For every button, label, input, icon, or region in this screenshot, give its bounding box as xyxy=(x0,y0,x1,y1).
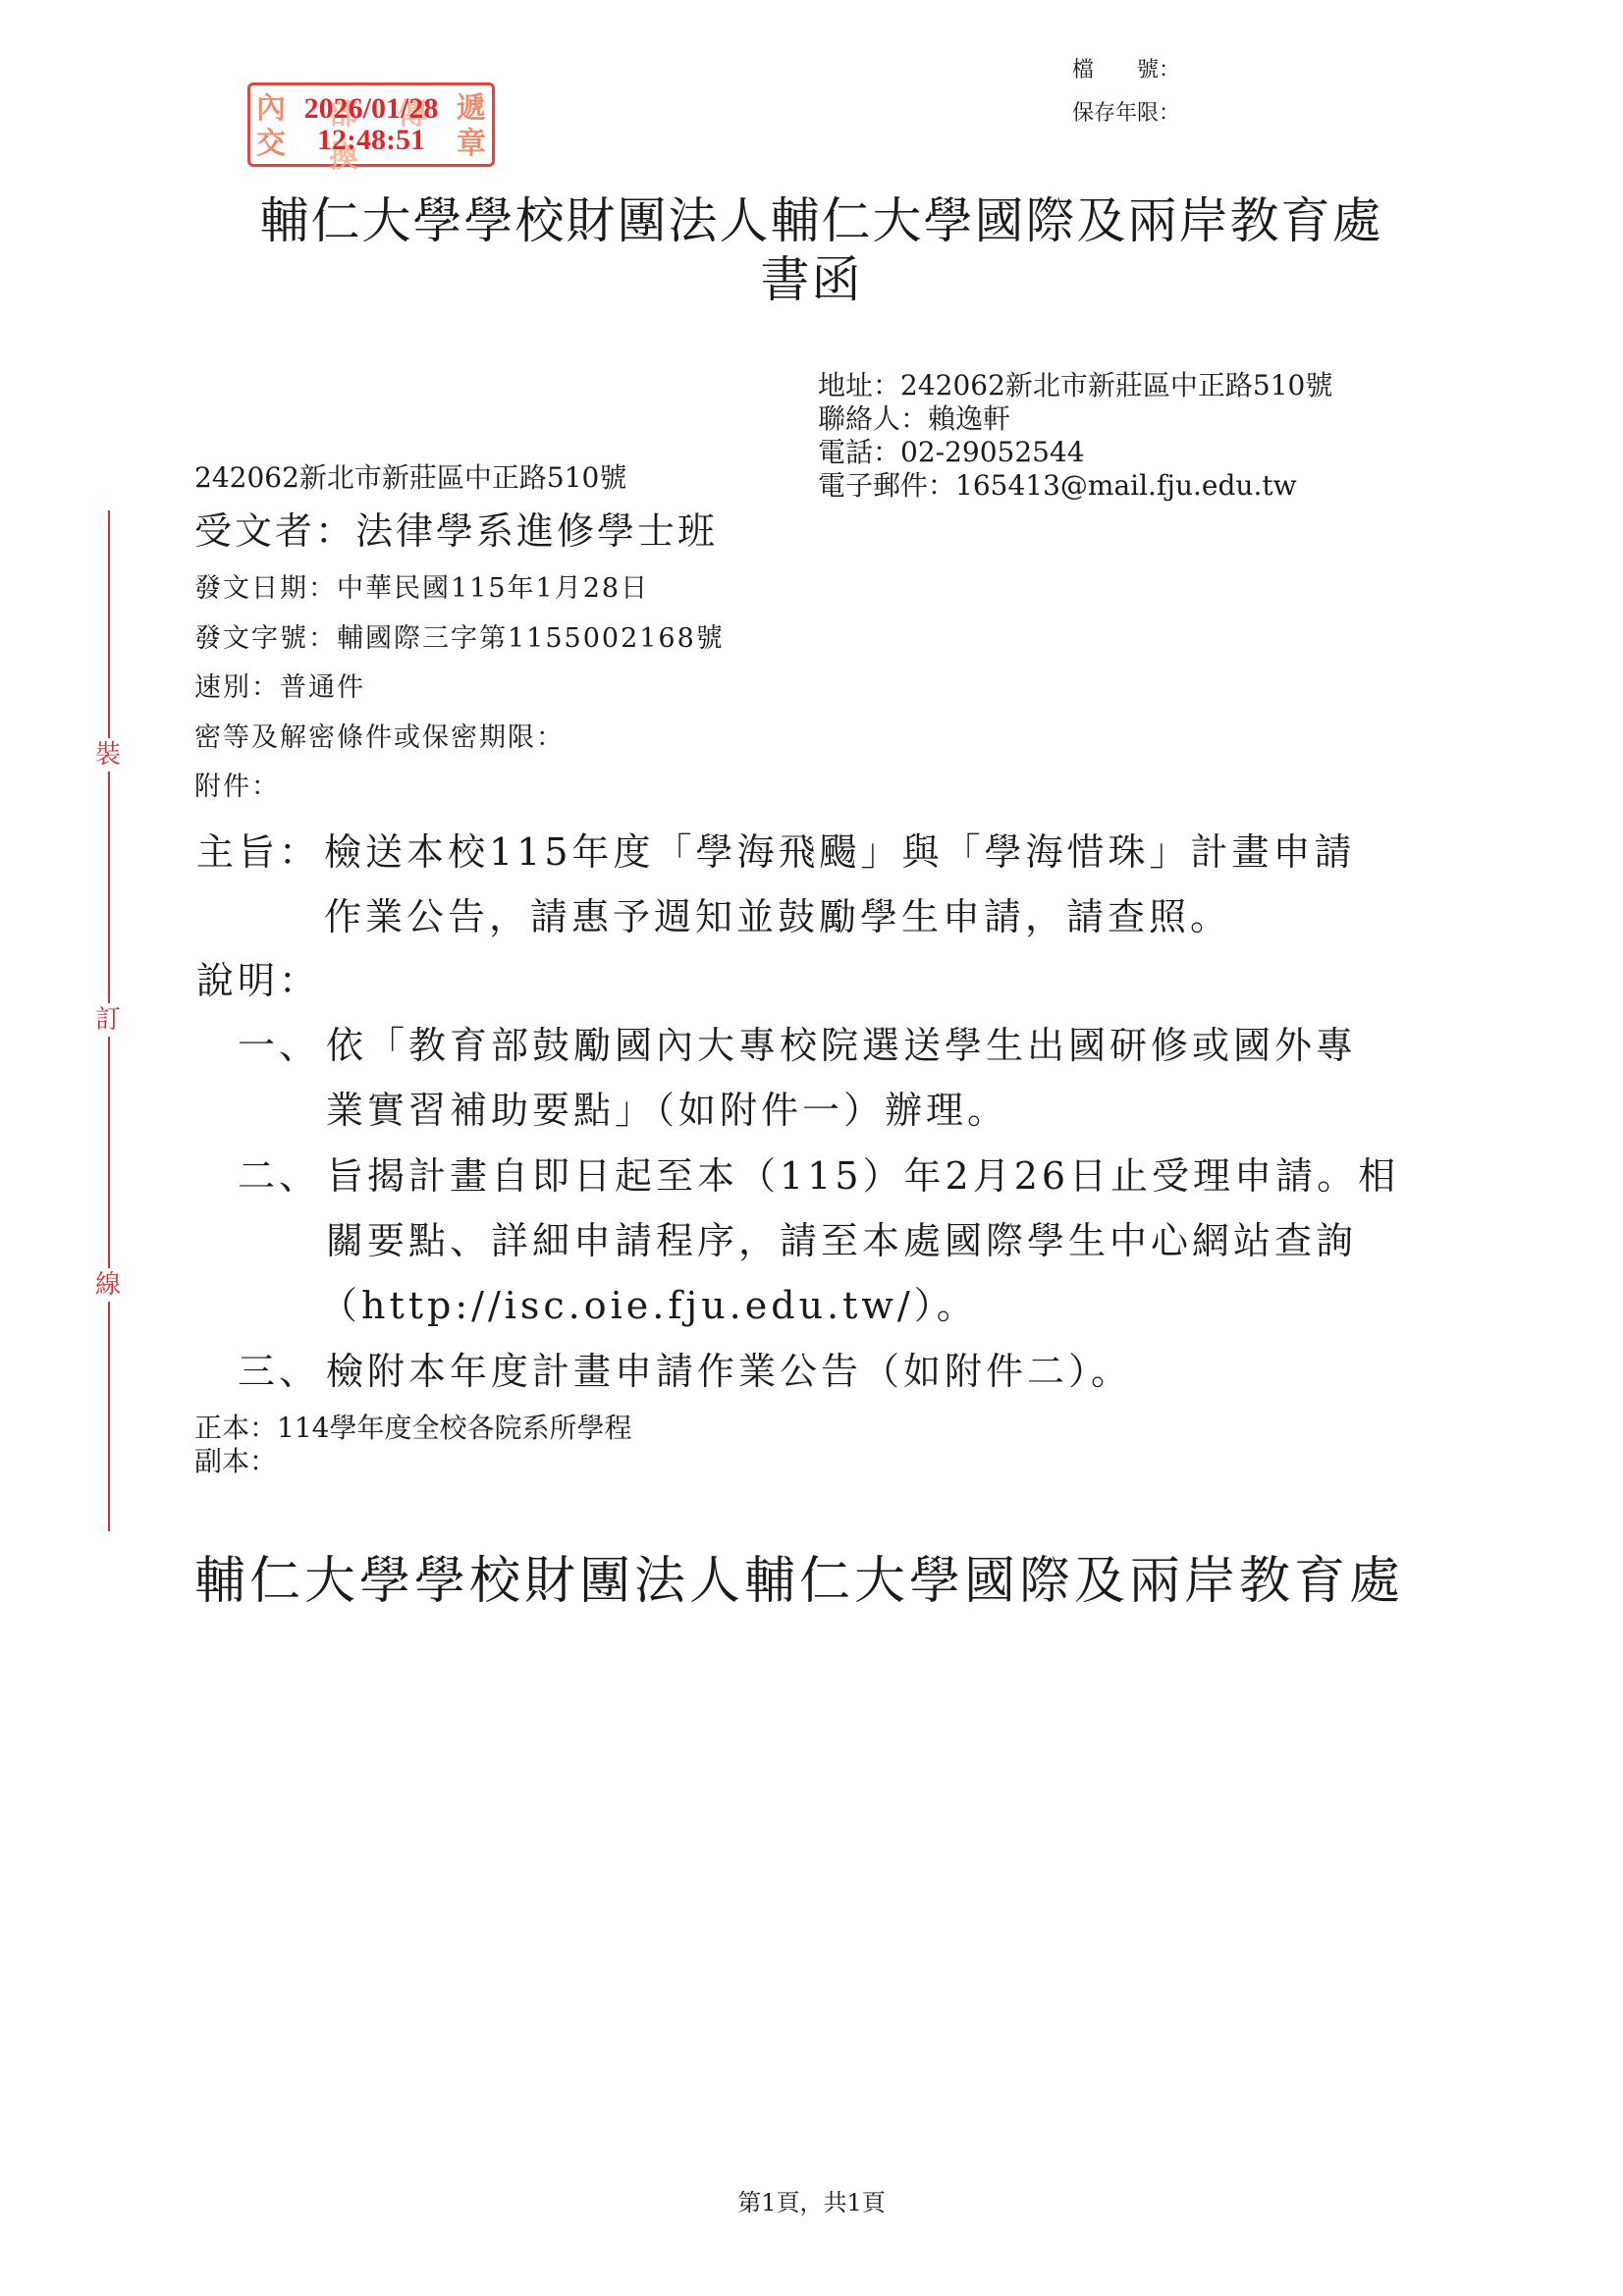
explanation-item-number: 二、 xyxy=(238,1146,320,1200)
explanation-item-line: 依「教育部鼓勵國內大專校院選送學生出國研修或國外專 xyxy=(326,1015,1357,1069)
sender-address: 地址：242062新北市新莊區中正路510號 xyxy=(818,369,1332,402)
recipient-address: 242062新北市新莊區中正路510號 xyxy=(194,456,626,496)
explanation-label: 說明： xyxy=(196,950,320,1004)
issuer-signature: 輔仁大學學校財團法人輔仁大學國際及兩岸教育處 xyxy=(194,1549,1441,1614)
explanation-item-line: 旨揭計畫自即日起至本（115）年2月26日止受理申請。相 xyxy=(326,1146,1399,1200)
stamp-date: 2026/01/28 xyxy=(250,93,492,125)
explanation-item-line: 檢附本年度計畫申請作業公告（如附件二）。 xyxy=(326,1341,1132,1395)
contact-phone: 電話：02-29052544 xyxy=(818,436,1332,469)
copy-recipients: 副本： xyxy=(194,1445,631,1478)
subject-line: 作業公告，請惠予週知並鼓勵學生申請，請查照。 xyxy=(324,886,1231,940)
contact-person: 聯絡人：賴逸軒 xyxy=(818,402,1332,436)
received-stamp: 部傳換 內 交 遞 章 2026/01/28 12:48:51 xyxy=(247,82,495,167)
original-recipients: 正本：114學年度全校各院系所學程 xyxy=(194,1412,631,1445)
distribution-block: 正本：114學年度全校各院系所學程 副本： xyxy=(194,1412,631,1478)
file-number-label: 檔 號： xyxy=(1072,49,1180,92)
security-level: 密等及解密條件或保密期限： xyxy=(194,714,725,764)
document-meta: 發文日期：中華民國115年1月28日 發文字號：輔國際三字第1155002168… xyxy=(194,564,725,813)
binding-char-ding: 訂 xyxy=(95,1003,121,1037)
subject-line: 檢送本校115年度「學海飛颺」與「學海惜珠」計畫申請 xyxy=(324,822,1356,876)
recipient: 受文者：法律學系進修學士班 xyxy=(194,501,718,555)
explanation-item-number: 一、 xyxy=(238,1015,320,1069)
document-type: 書函 xyxy=(0,251,1623,308)
attachments: 附件： xyxy=(194,763,725,813)
website-link[interactable]: （http://isc.oie.fju.edu.tw/）。 xyxy=(320,1275,978,1329)
retention-label: 保存年限： xyxy=(1072,92,1180,135)
filing-info: 檔 號： 保存年限： xyxy=(1072,49,1180,135)
contact-email: 電子郵件：165413@mail.fju.edu.tw xyxy=(818,469,1332,503)
binding-char-xian: 線 xyxy=(95,1268,121,1302)
explanation-item-line: 關要點、詳細申請程序，請至本處國際學生中心網站查詢 xyxy=(326,1210,1357,1264)
issue-date: 發文日期：中華民國115年1月28日 xyxy=(194,564,725,614)
explanation-item-line: 業實習補助要點」（如附件一）辦理。 xyxy=(326,1080,1008,1134)
binding-char-zhuang: 裝 xyxy=(95,738,121,772)
document-number: 發文字號：輔國際三字第1155002168號 xyxy=(194,614,725,665)
subject-label: 主旨： xyxy=(196,822,320,876)
explanation-item-number: 三、 xyxy=(238,1341,320,1395)
document-title: 輔仁大學學校財團法人輔仁大學國際及兩岸教育處 xyxy=(0,192,1623,249)
stamp-time: 12:48:51 xyxy=(250,125,492,156)
contact-block: 地址：242062新北市新莊區中正路510號 聯絡人：賴逸軒 電話：02-290… xyxy=(818,369,1332,503)
delivery-speed: 速別：普通件 xyxy=(194,664,725,714)
page-number: 第1頁，共1頁 xyxy=(0,2183,1623,2217)
